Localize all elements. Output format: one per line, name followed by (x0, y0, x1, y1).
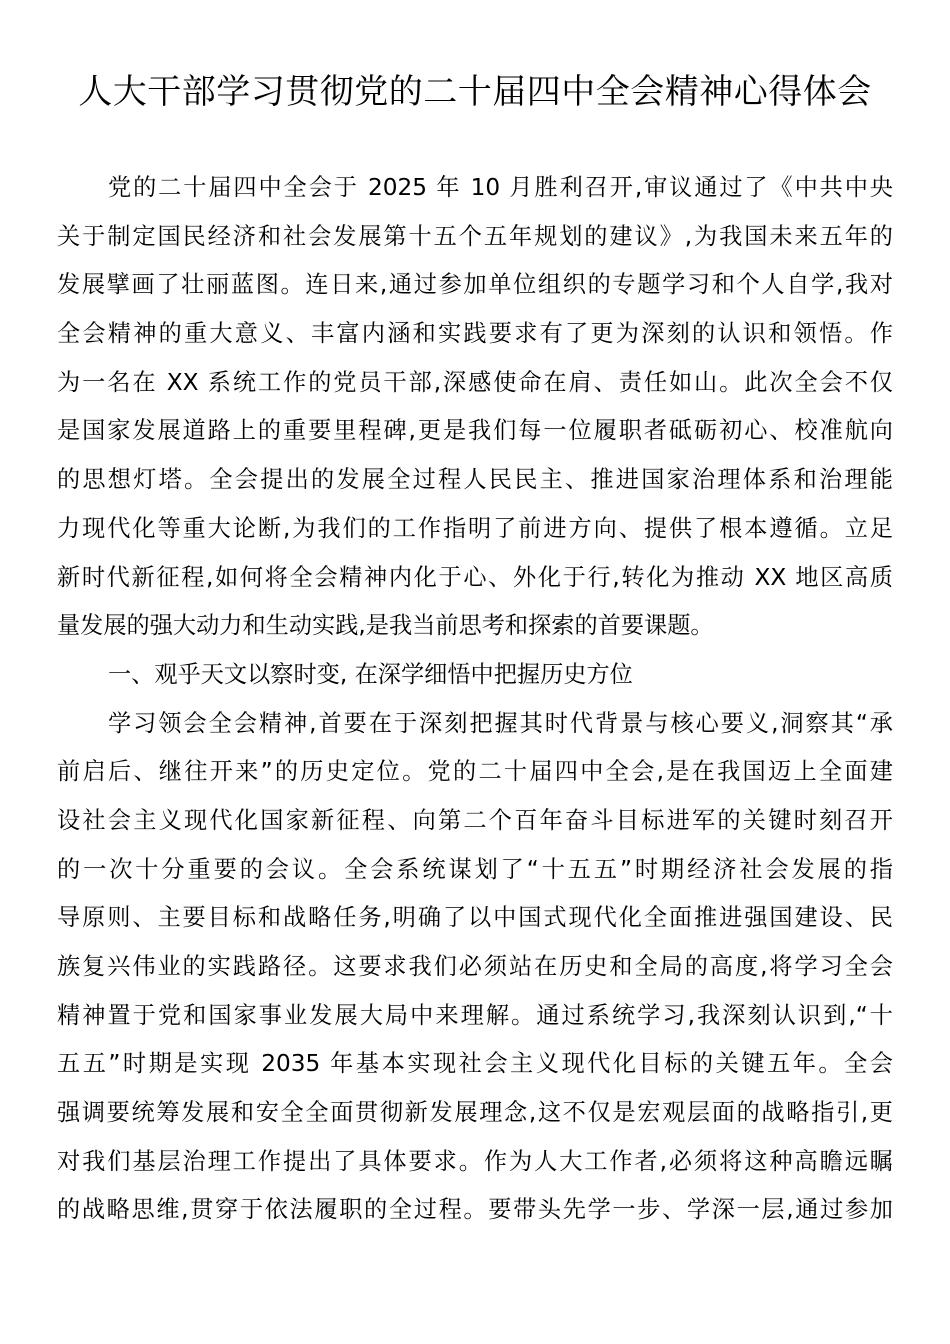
text-line: 发展擘画了壮丽蓝图。连日来,通过参加单位组织的专题学习和个人自学,我对 (57, 261, 893, 310)
document-body: 党的二十届四中全会于 2025 年 10 月胜利召开,审议通过了《中共中央 关于… (57, 164, 893, 1235)
text-line: 精神置于党和国家事业发展大局中来理解。通过系统学习,我深刻认识到,“十 (57, 992, 893, 1041)
paragraph-intro: 党的二十届四中全会于 2025 年 10 月胜利召开,审议通过了《中共中央 关于… (57, 164, 893, 651)
text-line: 前启后、继往开来”的历史定位。党的二十届四中全会,是在我国迈上全面建 (57, 748, 893, 797)
text-line: 学习领会全会精神,首要在于深刻把握其时代背景与核心要义,洞察其“承 (57, 700, 893, 749)
text-line: 的一次十分重要的会议。全会系统谋划了“十五五”时期经济社会发展的指 (57, 846, 893, 895)
text-line: 是国家发展道路上的重要里程碑,更是我们每一位履职者砥砺初心、校准航向 (57, 407, 893, 456)
document-page: 人大干部学习贯彻党的二十届四中全会精神心得体会 党的二十届四中全会于 2025 … (0, 0, 950, 1344)
text-line: 量发展的强大动力和生动实践,是我当前思考和探索的首要课题。 (57, 602, 893, 651)
text-line: 关于制定国民经济和社会发展第十五个五年规划的建议》,为我国未来五年的 (57, 213, 893, 262)
section-heading: 一、观乎天文以察时变, 在深学细悟中把握历史方位 (57, 651, 893, 700)
text-line: 全会精神的重大意义、丰富内涵和实践要求有了更为深刻的认识和领悟。作 (57, 310, 893, 359)
section-heading-text: 一、观乎天文以察时变, 在深学细悟中把握历史方位 (57, 651, 893, 700)
document-title: 人大干部学习贯彻党的二十届四中全会精神心得体会 (0, 66, 950, 118)
text-line: 五五”时期是实现 2035 年基本实现社会主义现代化目标的关键五年。全会 (57, 1040, 893, 1089)
text-line: 对我们基层治理工作提出了具体要求。作为人大工作者,必须将这种高瞻远瞩 (57, 1138, 893, 1187)
text-line: 力现代化等重大论断,为我们的工作指明了前进方向、提供了根本遵循。立足 (57, 505, 893, 554)
text-line: 设社会主义现代化国家新征程、向第二个百年奋斗目标进军的关键时刻召开 (57, 797, 893, 846)
text-line: 族复兴伟业的实践路径。这要求我们必须站在历史和全局的高度,将学习全会 (57, 943, 893, 992)
text-line: 的思想灯塔。全会提出的发展全过程人民民主、推进国家治理体系和治理能 (57, 456, 893, 505)
paragraph-section-one: 学习领会全会精神,首要在于深刻把握其时代背景与核心要义,洞察其“承 前启后、继往… (57, 700, 893, 1236)
text-line: 新时代新征程,如何将全会精神内化于心、外化于行,转化为推动 XX 地区高质 (57, 554, 893, 603)
text-line: 的战略思维,贯穿于依法履职的全过程。要带头先学一步、学深一层,通过参加 (57, 1186, 893, 1235)
text-line: 导原则、主要目标和战略任务,明确了以中国式现代化全面推进强国建设、民 (57, 894, 893, 943)
text-line: 党的二十届四中全会于 2025 年 10 月胜利召开,审议通过了《中共中央 (57, 164, 893, 213)
text-line: 强调要统筹发展和安全全面贯彻新发展理念,这不仅是宏观层面的战略指引,更 (57, 1089, 893, 1138)
text-line: 为一名在 XX 系统工作的党员干部,深感使命在肩、责任如山。此次全会不仅 (57, 359, 893, 408)
